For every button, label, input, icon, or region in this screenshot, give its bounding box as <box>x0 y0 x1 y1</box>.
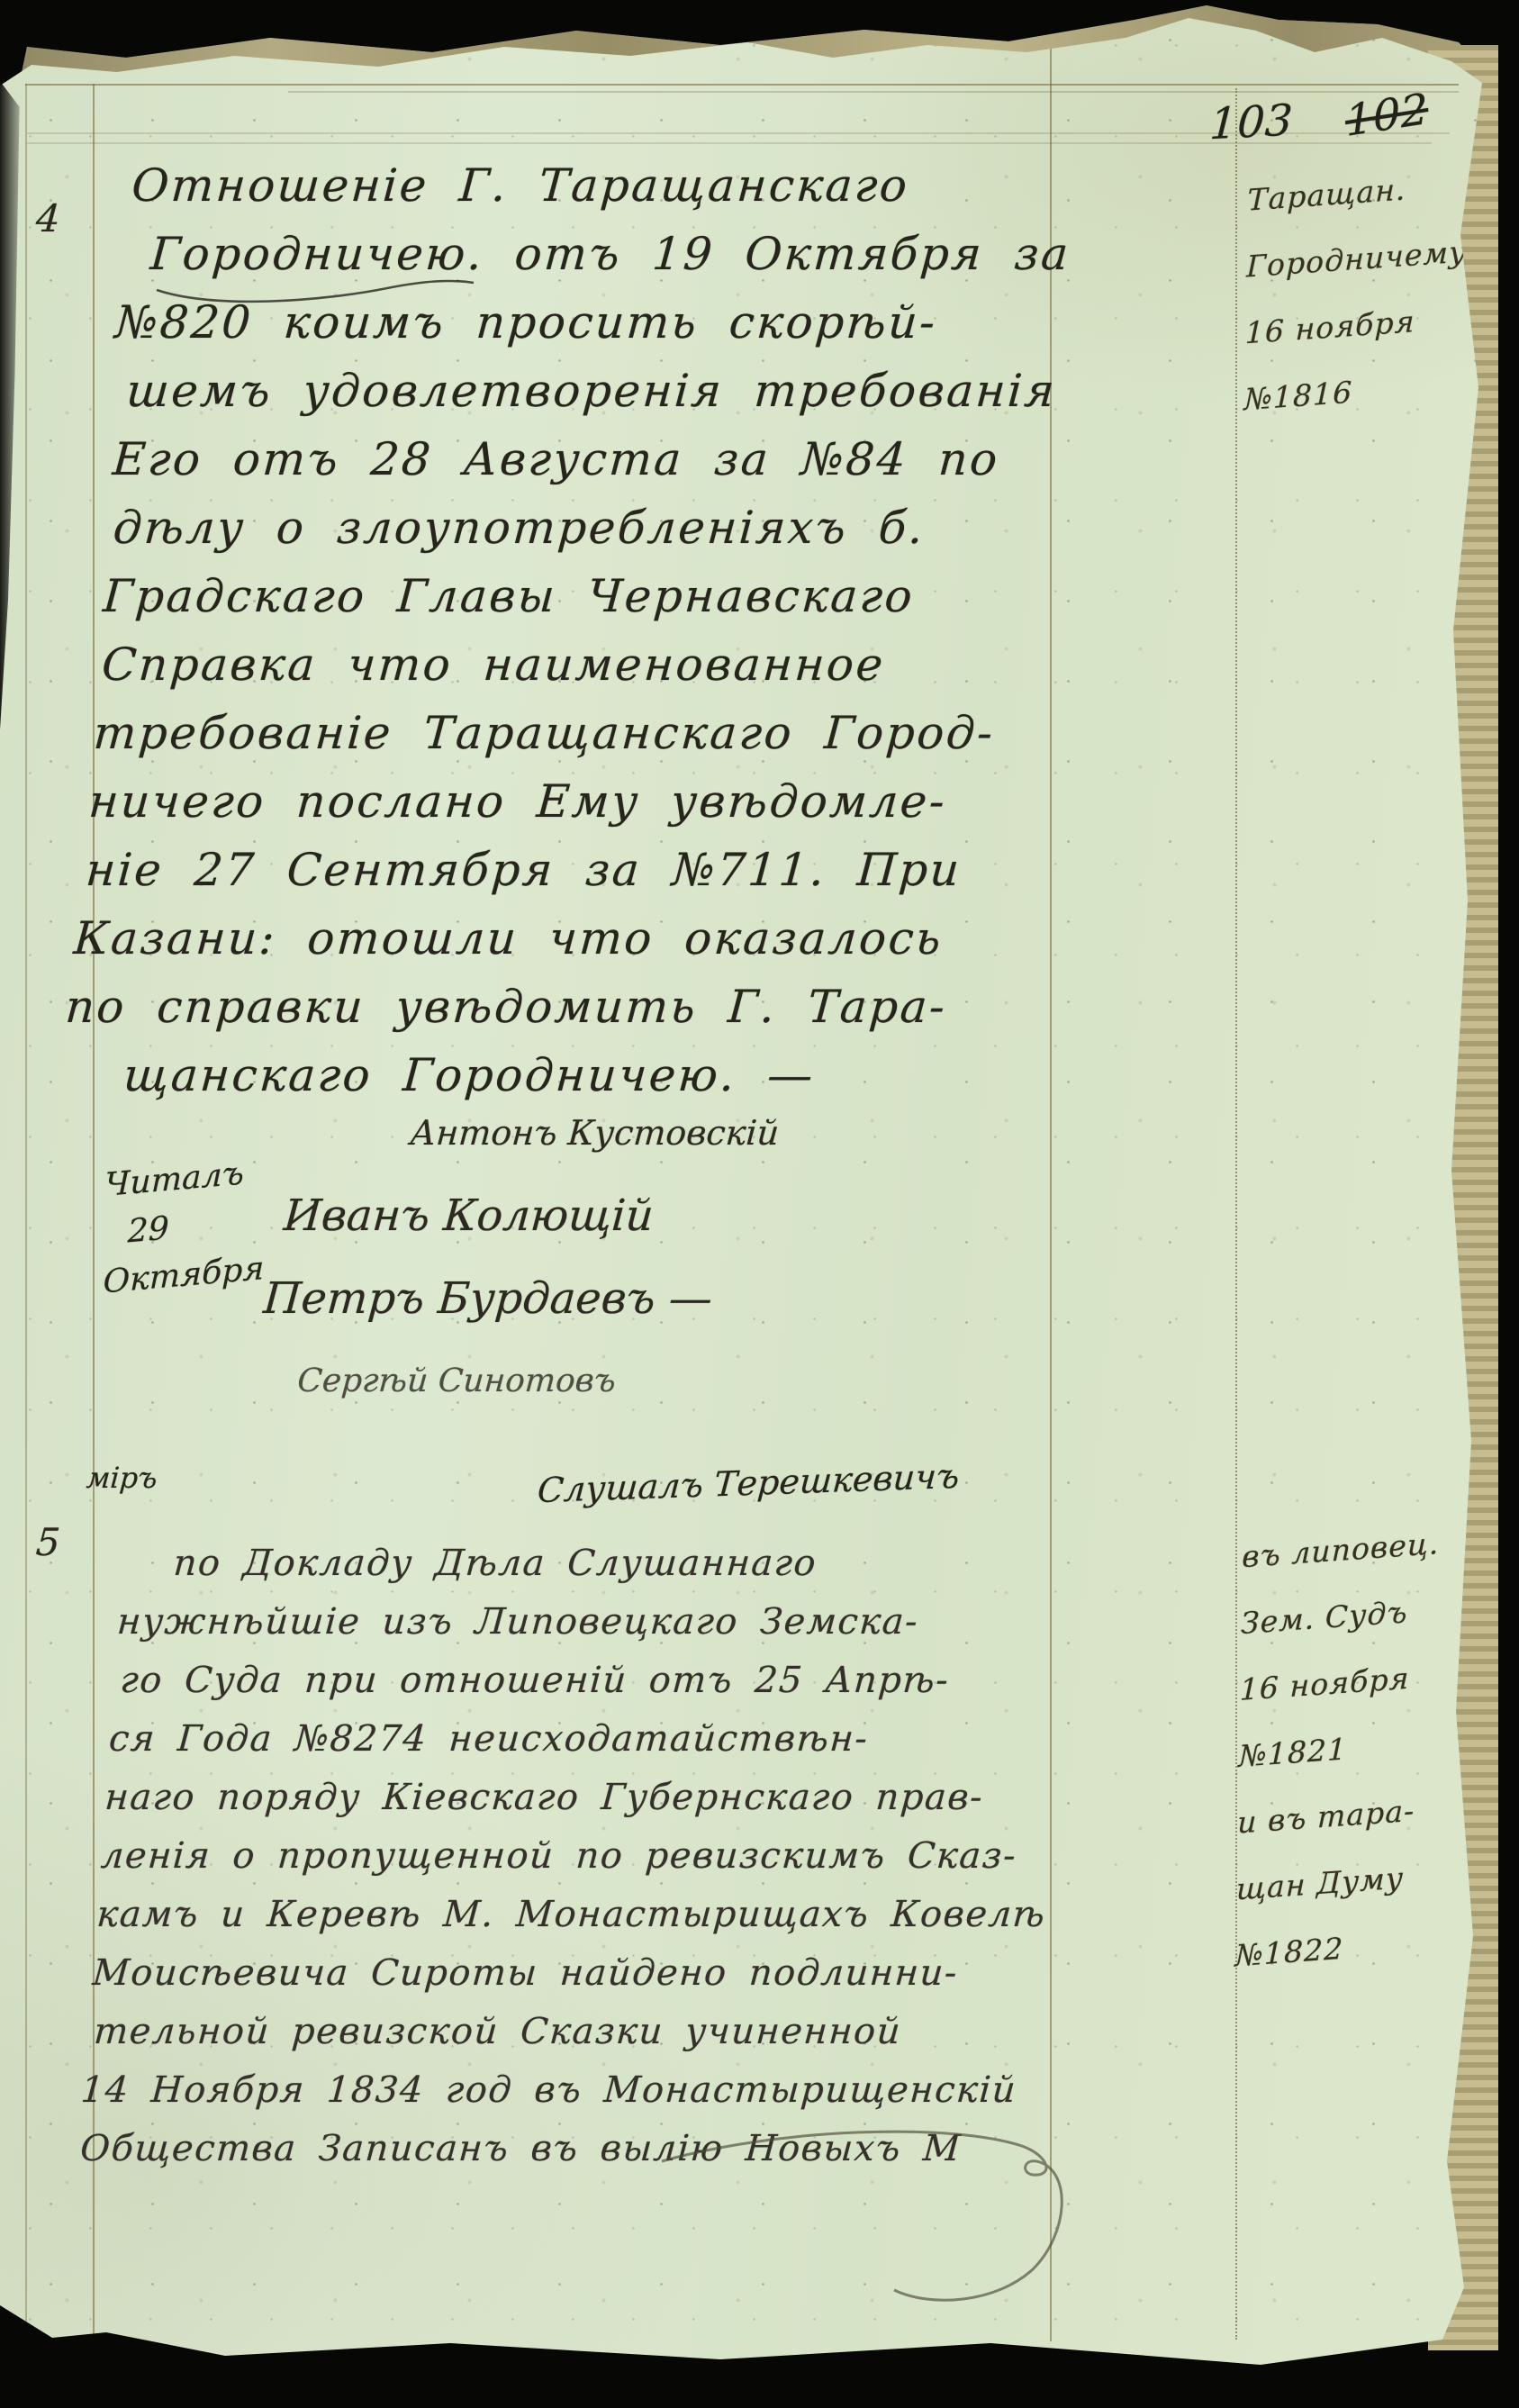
entry5-text: по Докладу Дѣла Слушаннагонужнѣйшiе изъ … <box>78 1534 1132 2178</box>
text-line: требованiе Таращанскаго Город- <box>91 699 1086 767</box>
text-line: ленiя о пропущенной по ревизскимъ Сказ- <box>99 1827 1112 1886</box>
text-line: Градскаго Главы Чернавскаго <box>101 562 1096 630</box>
entry5-number: 5 <box>34 1520 61 1564</box>
read-note: Читалъ29Октября <box>103 1148 267 1308</box>
page-number-current: 103 <box>1208 95 1294 150</box>
text-line: по справки увѣдомить Г. Тара- <box>63 973 1067 1041</box>
entry4-margin-note: Таращан.Городничему16 ноября№1816 <box>1243 150 1492 433</box>
text-line: тельной ревизской Сказки учиненной <box>92 2003 1099 2061</box>
text-line: Моисѣевича Сироты найдено подлинни- <box>91 1944 1104 2003</box>
pencil-doodle <box>644 2121 1094 2328</box>
page-number-struck: 102 <box>1343 84 1429 147</box>
text-line: дѣлу о злоупотребленiяхъ б. <box>111 493 1100 562</box>
underline-flourish <box>153 270 477 315</box>
text-line: Петръ Бурдаевъ — <box>261 1257 951 1340</box>
text-line: Казани: отошли что оказалось <box>71 904 1071 973</box>
text-line: нiе 27 Сентября за №711. При <box>84 836 1077 904</box>
text-line: ничего послано Ему увѣдомле- <box>86 767 1081 836</box>
text-line: Справка что наименованное <box>100 630 1091 699</box>
text-line: наго поряду Кiевскаго Губернскаго прав- <box>103 1769 1116 1827</box>
manuscript-page: 103102 4 Отношенiе Г. ТаращанскагоГородн… <box>0 0 1519 2408</box>
text-line: по Докладу Дѣла Слушаннаго <box>171 1534 1132 1593</box>
entry5-label: мiръ <box>86 1461 158 1495</box>
left-edge-rule <box>25 84 27 2326</box>
text-line: Иванъ Колющiй <box>281 1174 956 1257</box>
text-line: го Суда при отношенiй отъ 25 Апрѣ- <box>118 1652 1124 1710</box>
text-line: 14 Ноября 1834 год въ Монастырищенскiй <box>79 2061 1096 2120</box>
top-rule-line-2 <box>288 91 1459 93</box>
text-line: Антонъ Кустовскiй <box>407 1091 962 1174</box>
text-line: Отношенiе Г. Таращанскаго <box>130 151 1125 220</box>
archival-photo: 103102 4 Отношенiе Г. ТаращанскагоГородн… <box>0 0 1519 2408</box>
text-line: нужнѣйшiе изъ Липовецкаго Земска- <box>115 1593 1128 1652</box>
text-line: шемъ удовлетворенiя требованiя <box>124 357 1110 425</box>
secretary-note: Слушалъ Терешкевичъ <box>536 1451 1117 1510</box>
text-line: Его отъ 28 Августа за №84 по <box>111 425 1106 493</box>
signatures: Антонъ КустовскiйИванъ КолющiйПетръ Бурд… <box>255 1091 963 1423</box>
text-line: ся Года №8274 неисходатайствѣн- <box>107 1710 1120 1769</box>
entry4-number: 4 <box>34 196 61 240</box>
top-rule-line <box>25 84 1459 86</box>
margin-column-rule <box>1235 88 1239 2340</box>
text-line: камъ и Керевѣ М. Монастырищахъ Ковелѣ <box>95 1886 1108 1944</box>
text-line: Сергѣй Синотовъ <box>294 1340 945 1423</box>
page-numbers: 103102 <box>1208 88 1429 150</box>
entry5-margin-note: въ липовец.Зем. Судъ16 ноября№1821и въ т… <box>1234 1507 1496 1989</box>
